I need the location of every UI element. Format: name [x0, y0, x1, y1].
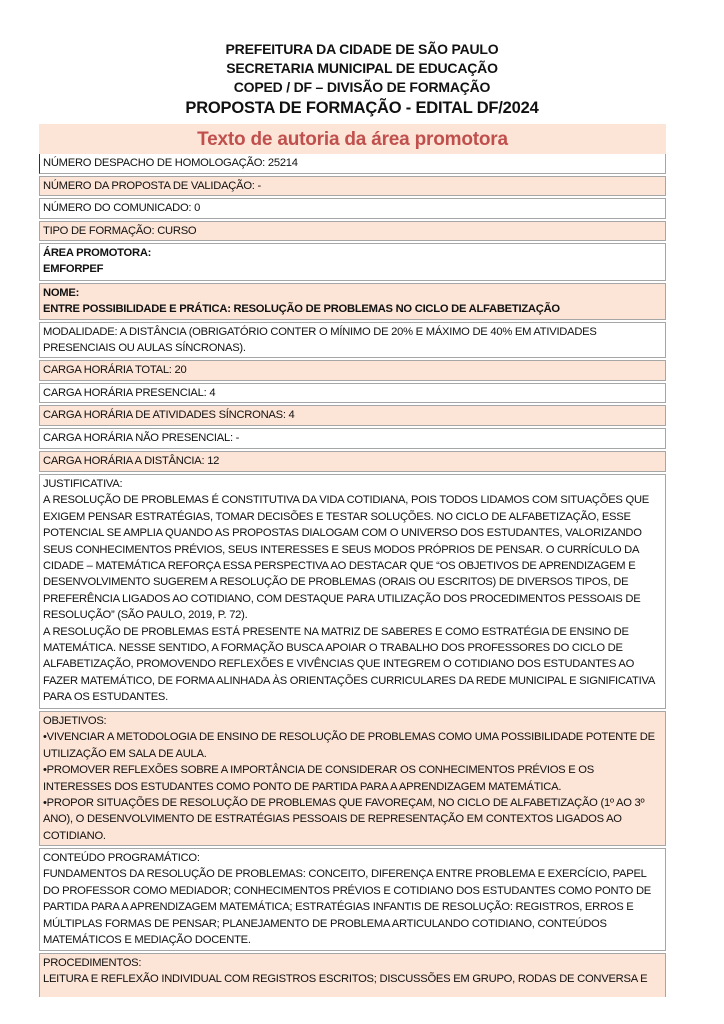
- header-proposta-title: PROPOSTA DE FORMAÇÃO - EDITAL DF/2024: [0, 98, 724, 118]
- field-procedimentos: PROCEDIMENTOS: LEITURA E REFLEXÃO INDIVI…: [39, 953, 666, 997]
- field-carga-total: CARGA HORÁRIA TOTAL: 20: [39, 360, 666, 381]
- field-carga-sincronas: CARGA HORÁRIA DE ATIVIDADES SÍNCRONAS: 4: [39, 405, 666, 426]
- objetivo-item: •VIVENCIAR A METODOLOGIA DE ENSINO DE RE…: [43, 729, 662, 762]
- justificativa-paragraph-2: A RESOLUÇÃO DE PROBLEMAS ESTÁ PRESENTE N…: [43, 624, 662, 706]
- field-justificativa: JUSTIFICATIVA: A RESOLUÇÃO DE PROBLEMAS …: [39, 474, 666, 709]
- header-prefeitura: PREFEITURA DA CIDADE DE SÃO PAULO: [0, 40, 724, 59]
- header-secretaria: SECRETARIA MUNICIPAL DE EDUCAÇÃO: [0, 59, 724, 78]
- objetivo-item: •PROPOR SITUAÇÕES DE RESOLUÇÃO DE PROBLE…: [43, 795, 662, 844]
- field-conteudo-programatico: CONTEÚDO PROGRAMÁTICO: FUNDAMENTOS DA RE…: [39, 848, 666, 951]
- field-comunicado: NÚMERO DO COMUNICADO: 0: [39, 198, 666, 219]
- field-area-promotora: ÁREA PROMOTORA: EMFORPEF: [39, 243, 666, 281]
- objetivos-label: OBJETIVOS:: [43, 713, 662, 729]
- proposal-form-table: Texto de autoria da área promotora NÚMER…: [39, 124, 666, 999]
- field-tipo-formacao: TIPO DE FORMAÇÃO: CURSO: [39, 221, 666, 241]
- field-proposta-validacao: NÚMERO DA PROPOSTA DE VALIDAÇÃO: -: [39, 176, 666, 196]
- header-divisao: COPED / DF – DIVISÃO DE FORMAÇÃO: [0, 78, 724, 97]
- field-modalidade: MODALIDADE: A DISTÂNCIA (OBRIGATÓRIO CON…: [39, 322, 666, 358]
- area-promotora-value: EMFORPEF: [43, 261, 662, 277]
- field-nome: NOME: ENTRE POSSIBILIDADE E PRÁTICA: RES…: [39, 283, 666, 320]
- objetivo-item: •PROMOVER REFLEXÕES SOBRE A IMPORTÂNCIA …: [43, 762, 662, 795]
- field-objetivos: OBJETIVOS: •VIVENCIAR A METODOLOGIA DE E…: [39, 711, 666, 846]
- conteudo-text: FUNDAMENTOS DA RESOLUÇÃO DE PROBLEMAS: C…: [43, 866, 662, 948]
- nome-value: ENTRE POSSIBILIDADE E PRÁTICA: RESOLUÇÃO…: [43, 301, 662, 317]
- section-banner: Texto de autoria da área promotora: [39, 124, 666, 154]
- field-carga-nao-presencial: CARGA HORÁRIA NÃO PRESENCIAL: -: [39, 428, 666, 449]
- conteudo-label: CONTEÚDO PROGRAMÁTICO:: [43, 850, 662, 866]
- field-carga-distancia: CARGA HORÁRIA A DISTÂNCIA: 12: [39, 451, 666, 472]
- document-header: PREFEITURA DA CIDADE DE SÃO PAULO SECRET…: [0, 40, 724, 118]
- nome-label: NOME:: [43, 285, 662, 301]
- justificativa-label: JUSTIFICATIVA:: [43, 476, 662, 492]
- procedimentos-label: PROCEDIMENTOS:: [43, 955, 662, 971]
- area-promotora-label: ÁREA PROMOTORA:: [43, 245, 662, 261]
- field-despacho: NÚMERO DESPACHO DE HOMOLOGAÇÃO: 25214: [39, 154, 666, 174]
- procedimentos-text: LEITURA E REFLEXÃO INDIVIDUAL COM REGIST…: [43, 971, 662, 987]
- field-carga-presencial: CARGA HORÁRIA PRESENCIAL: 4: [39, 383, 666, 403]
- justificativa-paragraph-1: A RESOLUÇÃO DE PROBLEMAS É CONSTITUTIVA …: [43, 492, 662, 623]
